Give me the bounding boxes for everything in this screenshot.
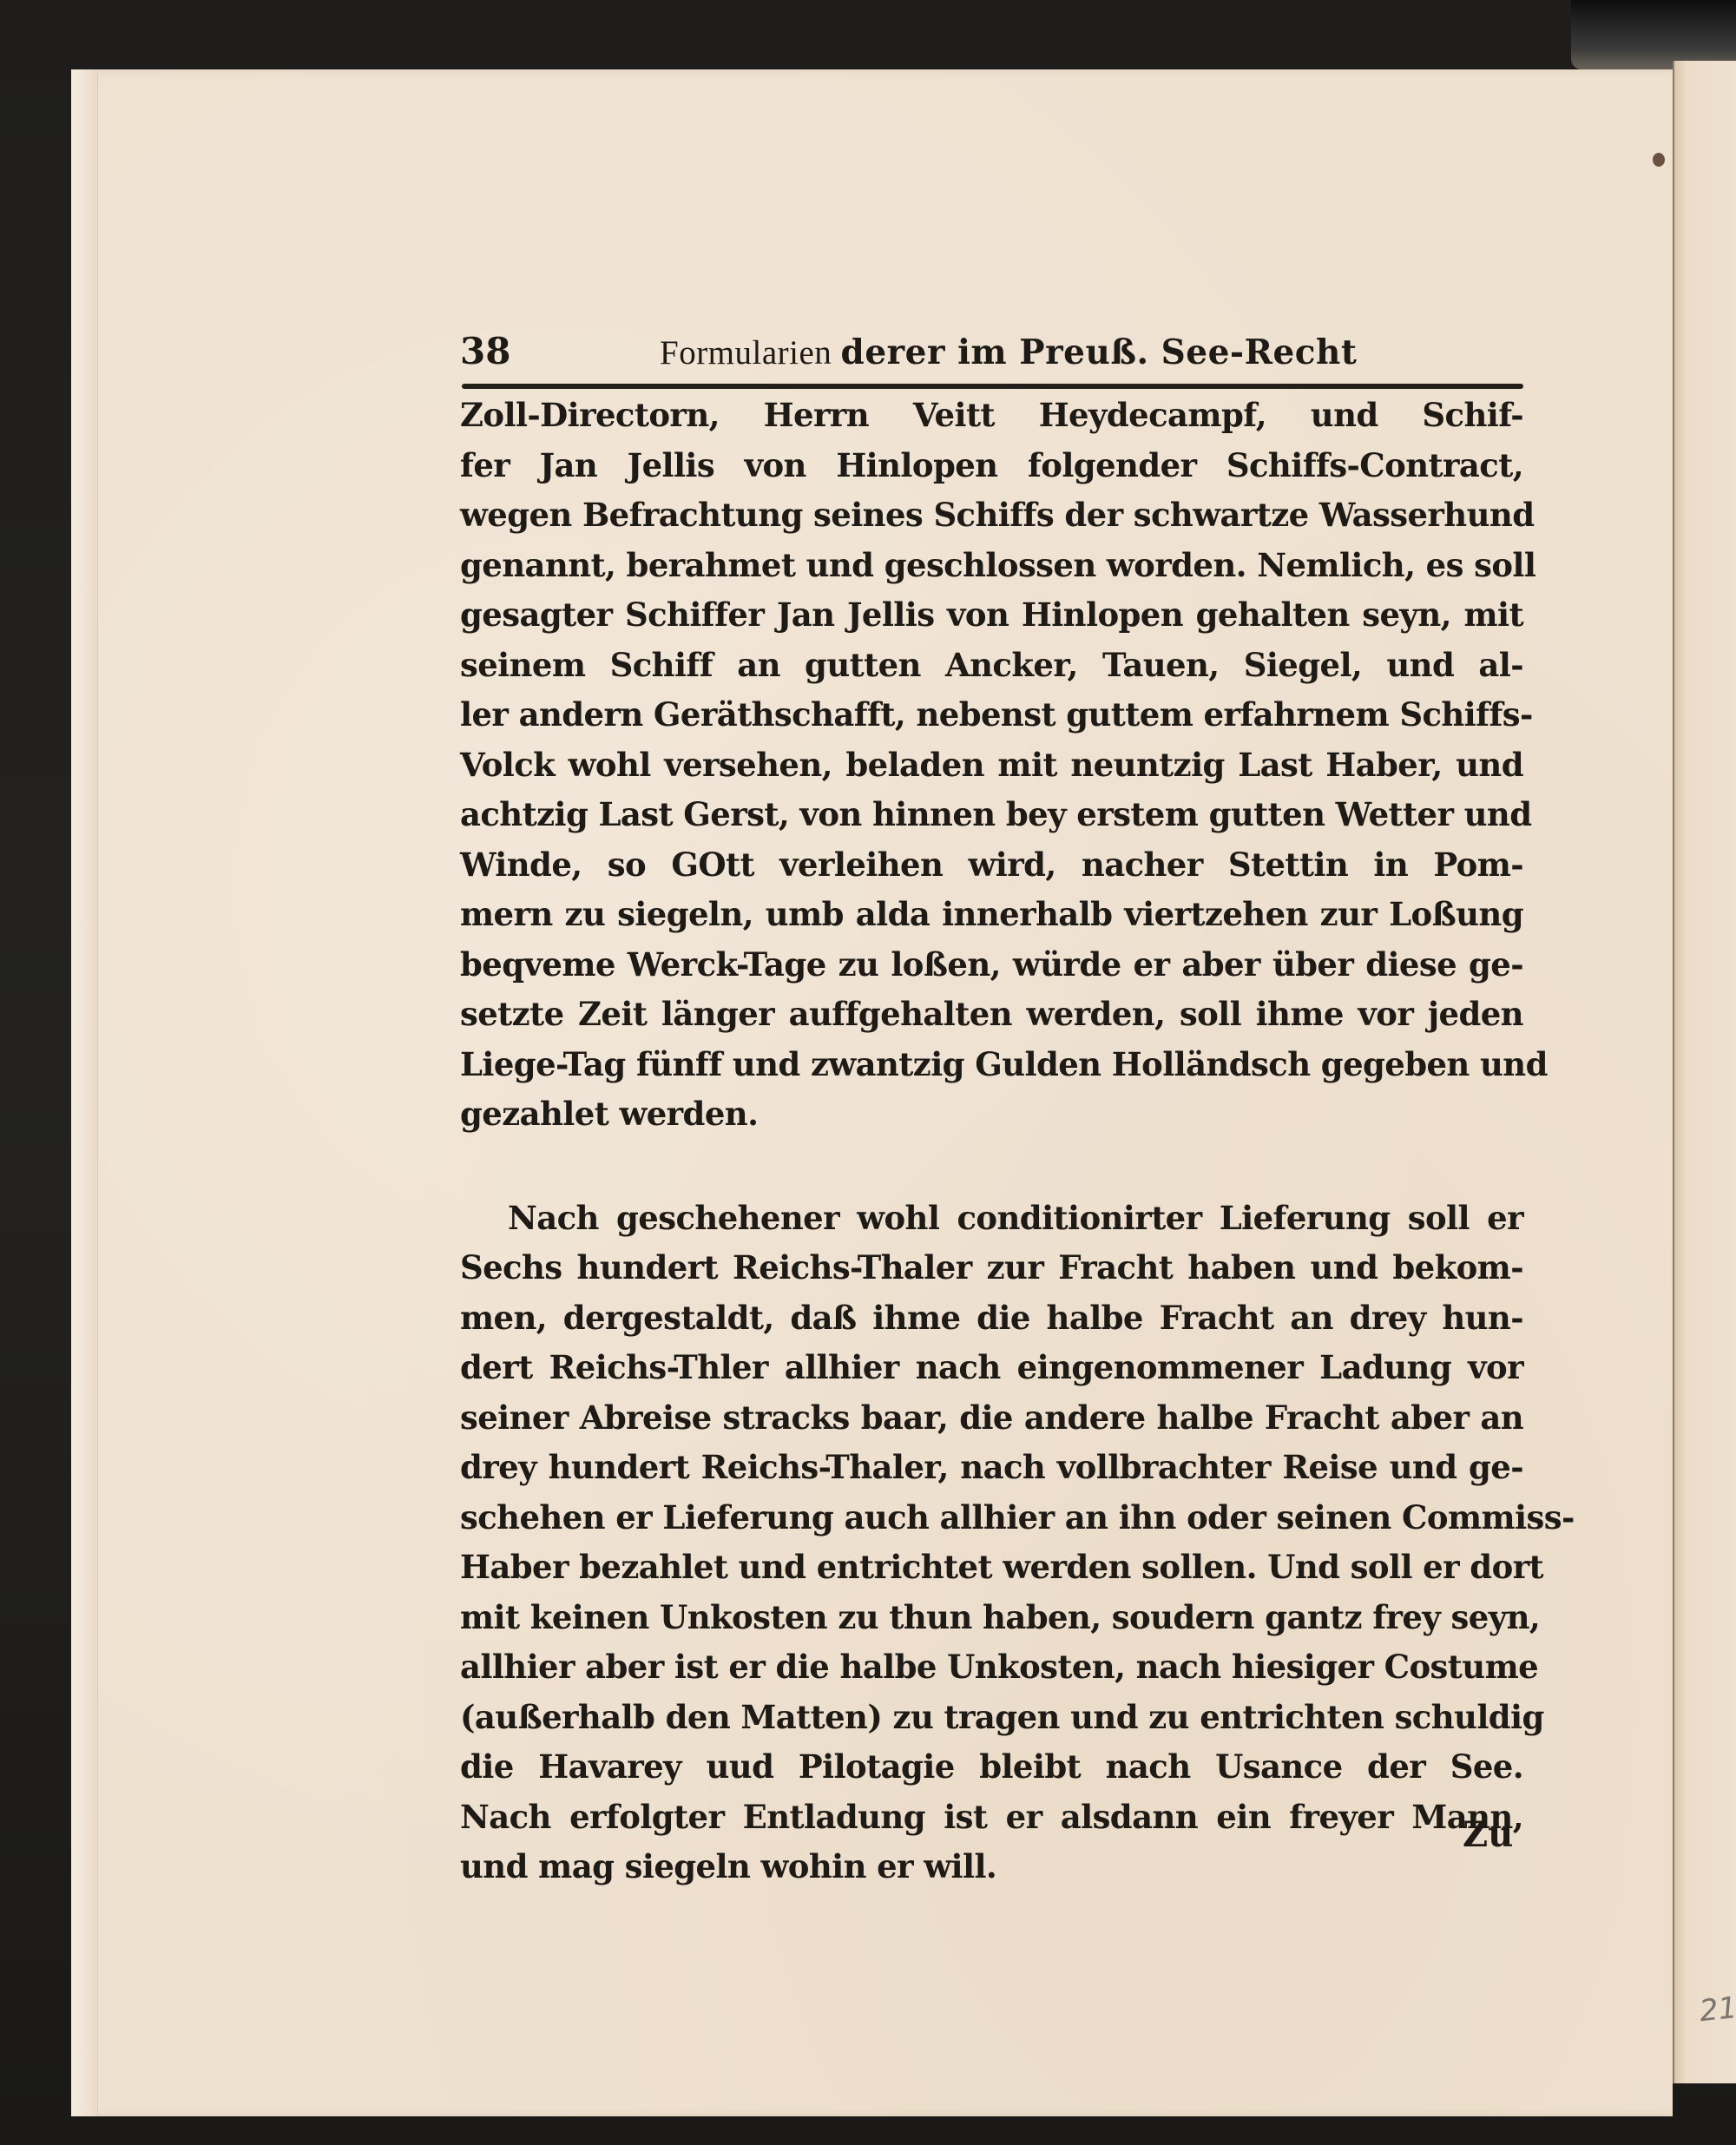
text-line: Nach geschehener wohl conditionirter Lie… (460, 1194, 1523, 1244)
text-line: ler andern Geräthschafft, nebenst guttem… (460, 690, 1523, 740)
text-block: 38 Formularien derer im Preuß. See-Recht… (460, 330, 1523, 1892)
text-line: und mag siegeln wohin er will. (460, 1842, 1523, 1892)
running-head: 38 Formularien derer im Preuß. See-Recht (460, 330, 1523, 378)
text-line: genannt, berahmet und geschlossen worden… (460, 541, 1523, 591)
paper-stain (1653, 153, 1665, 167)
running-title-part1: Formularien (660, 334, 832, 372)
paragraph-2: Nach geschehener wohl conditionirter Lie… (460, 1194, 1523, 1892)
header-rule (462, 384, 1523, 389)
running-title: Formularien derer im Preuß. See-Recht (660, 332, 1357, 372)
page-number: 38 (460, 330, 660, 372)
text-line: (außerhalb den Matten) zu tragen und zu … (460, 1693, 1523, 1743)
paragraph-1: Zoll-Directorn, Herrn Veitt Heydecampf, … (460, 391, 1523, 1140)
facing-page-folio-number: 21 (1698, 1990, 1736, 2029)
text-line: mit keinen Unkosten zu thun haben, soude… (460, 1593, 1523, 1643)
text-line: gezahlet werden. (460, 1089, 1523, 1140)
text-line: Winde, so GOtt verleihen wird, nacher St… (460, 840, 1523, 891)
text-line: dert Reichs-Thler allhier nach eingenomm… (460, 1343, 1523, 1393)
text-line: setzte Zeit länger auffgehalten werden, … (460, 990, 1523, 1040)
facing-page-edge (1673, 61, 1736, 2083)
text-line: Zoll-Directorn, Herrn Veitt Heydecampf, … (460, 391, 1523, 441)
book-binding (1571, 0, 1736, 69)
catchword: Zu (1463, 1814, 1513, 1855)
text-line: mern zu siegeln, umb alda innerhalb vier… (460, 890, 1523, 940)
page-edge-left (71, 69, 98, 2116)
text-line: men, dergestaldt, daß ihme die halbe Fra… (460, 1293, 1523, 1344)
text-line: seinem Schiff an gutten Ancker, Tauen, S… (460, 641, 1523, 691)
text-line: allhier aber ist er die halbe Unkosten, … (460, 1642, 1523, 1693)
text-line: seiner Abreise stracks baar, die andere … (460, 1393, 1523, 1444)
text-line: fer Jan Jellis von Hinlopen folgender Sc… (460, 441, 1523, 491)
text-line: Volck wohl versehen, beladen mit neuntzi… (460, 740, 1523, 791)
text-line: schehen er Lieferung auch allhier an ihn… (460, 1493, 1523, 1543)
text-line: gesagter Schiffer Jan Jellis von Hinlope… (460, 590, 1523, 641)
text-line: wegen Befrachtung seines Schiffs der sch… (460, 490, 1523, 541)
text-line: Nach erfolgter Entladung ist er alsdann … (460, 1793, 1523, 1843)
text-line: die Havarey uud Pilotagie bleibt nach Us… (460, 1742, 1523, 1793)
text-line: Liege-Tag fünff und zwantzig Gulden Holl… (460, 1040, 1523, 1090)
running-title-part2: derer im Preuß. See-Recht (841, 332, 1358, 372)
text-line: Sechs hundert Reichs-Thaler zur Fracht h… (460, 1243, 1523, 1293)
text-line: Haber bezahlet und entrichtet werden sol… (460, 1543, 1523, 1593)
text-line: achtzig Last Gerst, von hinnen bey erste… (460, 790, 1523, 840)
text-line: drey hundert Reichs-Thaler, nach vollbra… (460, 1443, 1523, 1493)
text-line: beqveme Werck-Tage zu loßen, würde er ab… (460, 940, 1523, 990)
